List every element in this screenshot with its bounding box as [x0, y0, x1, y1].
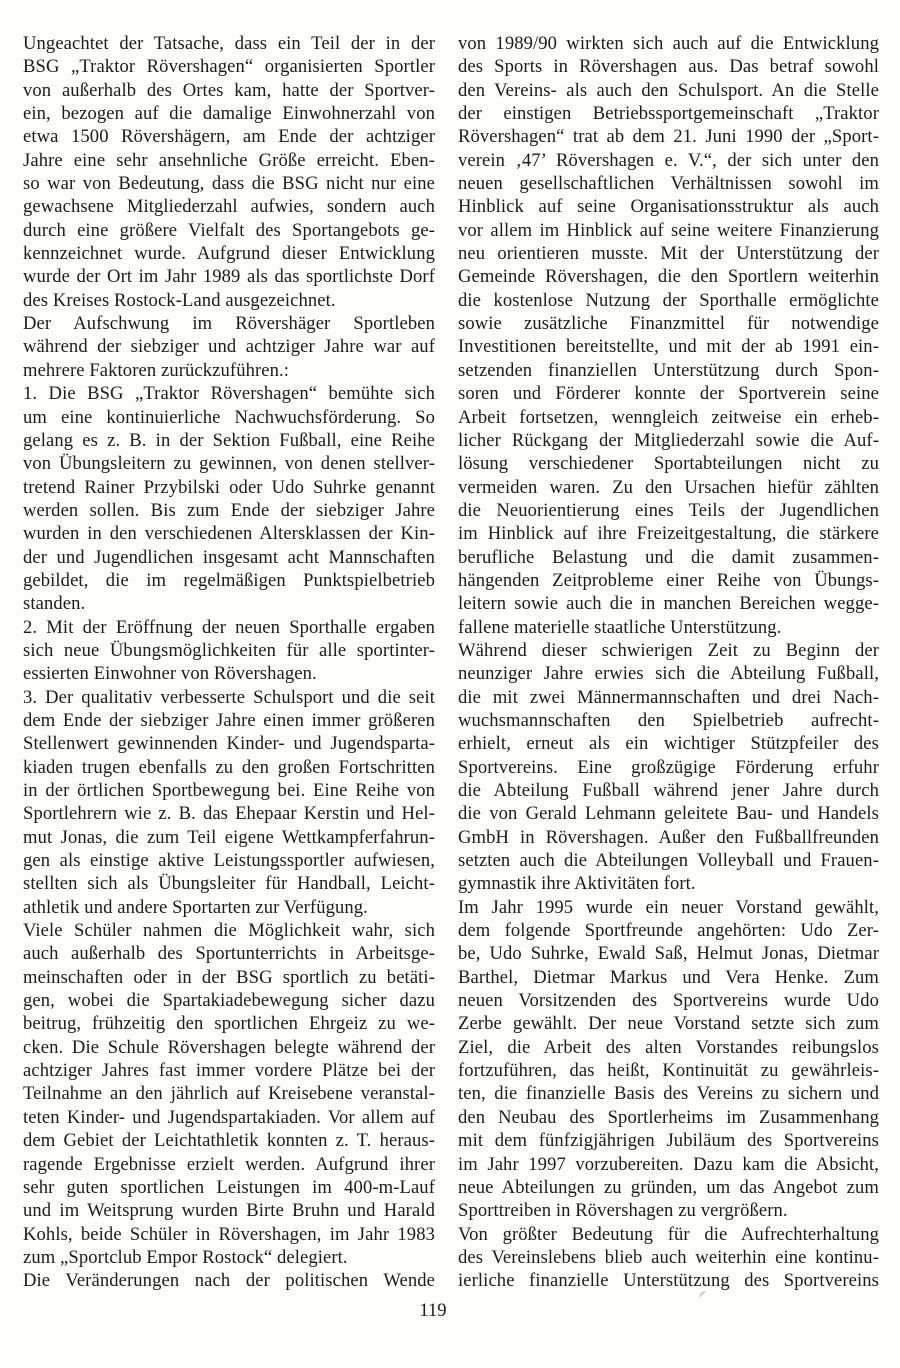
text-line: Stellenwert gewinnenden Kinder- und Juge… — [23, 732, 435, 755]
text-line: hängenden Zeitprobleme einer Reihe von Ü… — [458, 569, 879, 592]
text-line: kennzeichnet wurde. Aufgrund dieser Entw… — [23, 242, 435, 265]
text-line: gen, wobei die Spartakiadebewegung siche… — [23, 989, 435, 1012]
text-line: standen. — [23, 592, 435, 615]
text-line: des Sports in Rövershagen aus. Das betra… — [458, 55, 879, 78]
text-line: durch eine größere Vielfalt des Sportang… — [23, 219, 435, 242]
text-line: des Kreises Rostock-Land ausgezeichnet. — [23, 289, 435, 312]
text-line: Gemeinde Rövershagen, die den Sportlern … — [458, 265, 879, 288]
text-line: setzenden finanziellen Unterstützung dur… — [458, 359, 879, 382]
text-line: fortzuführen, das heißt, Kontinuität zu … — [458, 1059, 879, 1082]
text-line: BSG „Traktor Rövershagen“ organisierten … — [23, 55, 435, 78]
text-line: den Neubau des Sportlerheims im Zusammen… — [458, 1106, 879, 1129]
text-line: essierten Einwohner von Rövershagen. — [23, 662, 435, 685]
text-line: Sportlehrern wie z. B. das Ehepaar Kerst… — [23, 802, 435, 825]
text-line: be, Udo Suhrke, Ewald Saß, Helmut Jonas,… — [458, 942, 879, 965]
text-line: Während dieser schwierigen Zeit zu Begin… — [458, 639, 879, 662]
text-line: sich neue Übungsmöglichkeiten für alle s… — [23, 639, 435, 662]
text-line: der und Jugendlichen insgesamt acht Mann… — [23, 546, 435, 569]
text-line: meinschaften oder in der BSG sportlich z… — [23, 966, 435, 989]
text-line: Hinblick auf seine Organisationsstruktur… — [458, 195, 879, 218]
text-line: die mit zwei Männermannschaften und drei… — [458, 686, 879, 709]
text-line: Von größter Bedeutung für die Aufrechter… — [458, 1223, 879, 1246]
text-line: etwa 1500 Rövershägern, am Ende der acht… — [23, 125, 435, 148]
text-line: die Neuorientierung eines Teils der Juge… — [458, 499, 879, 522]
text-line: leitern sowie auch die in manchen Bereic… — [458, 592, 879, 615]
text-line: während der siebziger und achtziger Jahr… — [23, 335, 435, 358]
text-line: dem folgende Sportfreunde angehörten: Ud… — [458, 919, 879, 942]
text-line: Jahre eine sehr ansehnliche Größe erreic… — [23, 149, 435, 172]
text-line: Rövershagen“ trat ab dem 21. Juni 1990 d… — [458, 125, 879, 148]
text-line: Teilnahme an den jährlich auf Kreisebene… — [23, 1082, 435, 1105]
text-line: vor allem im Hinblick auf seine weitere … — [458, 219, 879, 242]
text-line: wuchsmannschaften den Spielbetrieb aufre… — [458, 709, 879, 732]
text-line: dem Gebiet der Leichtathletik konnten z.… — [23, 1129, 435, 1152]
text-line: der einstigen Betriebssportgemeinschaft … — [458, 102, 879, 125]
text-line: Sportvereins. Eine großzügige Förderung … — [458, 756, 879, 779]
text-line: berufliche Belastung und die damit zusam… — [458, 546, 879, 569]
text-line: auch außerhalb des Sportunterrichts in A… — [23, 942, 435, 965]
text-line: dem Ende der siebziger Jahre einen immer… — [23, 709, 435, 732]
text-line: die kostenlose Nutzung der Sporthalle er… — [458, 289, 879, 312]
text-line: in der örtlichen Sportbewegung bei. Eine… — [23, 779, 435, 802]
text-line: des Vereinslebens blieb auch weiterhin e… — [458, 1246, 879, 1269]
text-line: werden sollen. Bis zum Ende der siebzige… — [23, 499, 435, 522]
text-line: von Übungsleitern zu gewinnen, von denen… — [23, 452, 435, 475]
text-line: und im Weitsprung wurden Birte Bruhn und… — [23, 1199, 435, 1222]
text-line: 1. Die BSG „Traktor Rövershagen“ bemühte… — [23, 382, 435, 405]
text-line: Investitionen bereitstellte, und mit der… — [458, 335, 879, 358]
text-line: ten, die finanzielle Basis des Vereins z… — [458, 1082, 879, 1105]
text-line: den Vereins- als auch den Schulsport. An… — [458, 79, 879, 102]
text-line: so war von Bedeutung, dass die BSG nicht… — [23, 172, 435, 195]
text-line: zum „Sportclub Empor Rostock“ delegiert. — [23, 1246, 435, 1269]
text-line: verein ‚47’ Rövershagen e. V.“, der sich… — [458, 149, 879, 172]
text-line: Arbeit fortsetzen, wenngleich zeitweise … — [458, 406, 879, 429]
text-line: ierliche finanzielle Unterstützung des S… — [458, 1269, 879, 1292]
text-line: gebildet, die im regelmäßigen Punktspiel… — [23, 569, 435, 592]
text-line: neu orientieren musste. Mit der Unterstü… — [458, 242, 879, 265]
text-line: gelang es z. B. in der Sektion Fußball, … — [23, 429, 435, 452]
text-line: neuen gesellschaftlichen Verhältnissen s… — [458, 172, 879, 195]
text-line: Viele Schüler nahmen die Möglichkeit wah… — [23, 919, 435, 942]
text-line: neunziger Jahre erwies sich die Abteilun… — [458, 662, 879, 685]
text-line: von 1989/90 wirkten sich auch auf die En… — [458, 32, 879, 55]
text-line: licher Rückgang der Mitgliederzahl sowie… — [458, 429, 879, 452]
text-line: sehr guten sportlichen Leistungen im 400… — [23, 1176, 435, 1199]
text-line: Ungeachtet der Tatsache, dass ein Teil d… — [23, 32, 435, 55]
text-line: im Jahr 1997 vorzubereiten. Dazu kam die… — [458, 1153, 879, 1176]
text-line: gen als einstige aktive Leistungssportle… — [23, 849, 435, 872]
text-line: wurden in den verschiedenen Altersklasse… — [23, 522, 435, 545]
text-line: von außerhalb des Ortes kam, hatte der S… — [23, 79, 435, 102]
text-column-left: Ungeachtet der Tatsache, dass ein Teil d… — [23, 32, 435, 1293]
text-line: neue Abteilungen zu gründen, um das Ange… — [458, 1176, 879, 1199]
text-line: Im Jahr 1995 wurde ein neuer Vorstand ge… — [458, 896, 879, 919]
text-line: mut Jonas, die zum Teil eigene Wettkampf… — [23, 826, 435, 849]
text-line: 2. Mit der Eröffnung der neuen Sporthall… — [23, 616, 435, 639]
text-line: beitrug, frühzeitig den sportlichen Ehrg… — [23, 1012, 435, 1035]
text-line: mit dem fünfzigjährigen Jubiläum des Spo… — [458, 1129, 879, 1152]
page-number: 119 — [0, 1299, 866, 1322]
text-line: wurde der Ort im Jahr 1989 als das sport… — [23, 265, 435, 288]
text-line: Die Veränderungen nach der politischen W… — [23, 1269, 435, 1292]
text-line: kiaden trugen ebenfalls zu den großen Fo… — [23, 756, 435, 779]
text-line: tretend Rainer Przybilski oder Udo Suhrk… — [23, 476, 435, 499]
text-line: gymnastik ihre Aktivitäten fort. — [458, 872, 879, 895]
text-line: cken. Die Schule Rövershagen belegte wäh… — [23, 1036, 435, 1059]
text-line: Ziel, die Arbeit des alten Vorstandes re… — [458, 1036, 879, 1059]
text-line: erhielt, erneut als ein wichtiger Stützp… — [458, 732, 879, 755]
text-line: gewachsene Mitgliederzahl aufwies, sonde… — [23, 195, 435, 218]
book-page: Ungeachtet der Tatsache, dass ein Teil d… — [0, 0, 900, 1368]
text-line: Barthel, Dietmar Markus und Vera Henke. … — [458, 966, 879, 989]
text-line: neuen Vorsitzenden des Sportvereins wurd… — [458, 989, 879, 1012]
text-line: athletik und andere Sportarten zur Verfü… — [23, 896, 435, 919]
text-line: ragende Ergebnisse erzielt werden. Aufgr… — [23, 1153, 435, 1176]
text-line: teten Kinder- und Jugendspartakiaden. Vo… — [23, 1106, 435, 1129]
text-line: Zerbe gewählt. Der neue Vorstand setzte … — [458, 1012, 879, 1035]
text-line: achtziger Jahres fast immer vordere Plät… — [23, 1059, 435, 1082]
text-line: lösung verschiedener Sportabteilungen ni… — [458, 452, 879, 475]
text-line: Sporttreiben in Rövershagen zu vergrößer… — [458, 1199, 879, 1222]
text-line: Der Aufschwung im Rövershäger Sportleben — [23, 312, 435, 335]
text-line: fallene materielle staatliche Unterstütz… — [458, 616, 879, 639]
text-line: ein, bezogen auf die damalige Einwohnerz… — [23, 102, 435, 125]
text-line: Kohls, beide Schüler in Rövershagen, im … — [23, 1223, 435, 1246]
text-line: die Abteilung Fußball während jener Jahr… — [458, 779, 879, 802]
text-line: im Hinblick auf ihre Freizeitgestaltung,… — [458, 522, 879, 545]
text-line: mehrere Faktoren zurückzuführen.: — [23, 359, 435, 382]
text-line: die von Gerald Lehmann geleitete Bau- un… — [458, 802, 879, 825]
text-line: soren und Förderer konnte der Sportverei… — [458, 382, 879, 405]
text-line: sowie zusätzliche Finanzmittel für notwe… — [458, 312, 879, 335]
text-line: setzten auch die Abteilungen Volleyball … — [458, 849, 879, 872]
text-line: stellten sich als Übungsleiter für Handb… — [23, 872, 435, 895]
text-line: um eine kontinuierliche Nachwuchsförderu… — [23, 406, 435, 429]
text-line: vermeiden waren. Zu den Ursachen hiefür … — [458, 476, 879, 499]
text-column-right: von 1989/90 wirkten sich auch auf die En… — [458, 32, 879, 1293]
text-line: GmbH in Rövershagen. Außer den Fußballfr… — [458, 826, 879, 849]
text-line: 3. Der qualitativ verbesserte Schulsport… — [23, 686, 435, 709]
